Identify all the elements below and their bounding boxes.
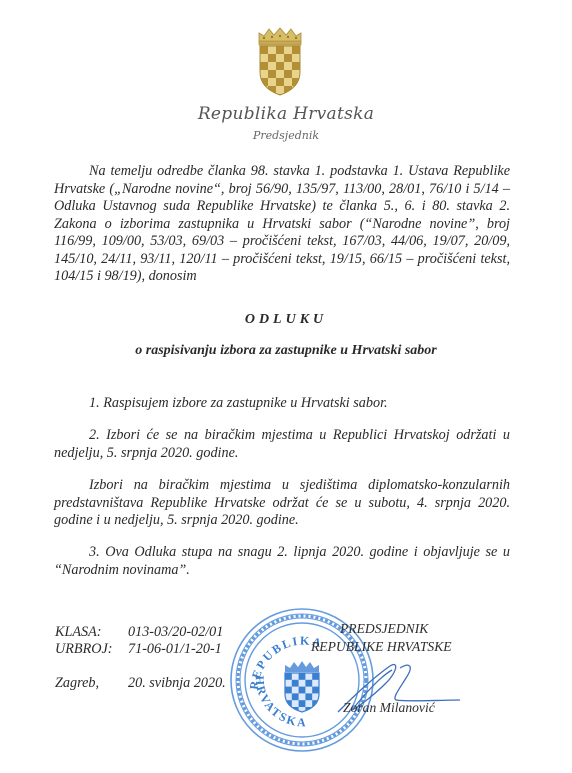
document-title: ODLUKU: [0, 312, 572, 328]
article-1-text: 1. Raspisujem izbore za zastupnike u Hrv…: [89, 395, 388, 411]
letterhead-subtitle: Predsjednik: [0, 129, 572, 142]
letterhead-title: Republika Hrvatska: [0, 104, 572, 124]
urbroj-value: 71-06-01/1-20-1: [128, 641, 222, 658]
urbroj-label: URBROJ:: [55, 641, 113, 658]
document-subtitle: o raspisivanju izbora za zastupnike u Hr…: [0, 343, 572, 359]
preamble-text: Na temelju odredbe članka 98. stavka 1. …: [54, 163, 510, 284]
signatory-name: Zoran Milanović: [343, 700, 435, 716]
date-value: 20. svibnja 2020.: [128, 675, 226, 692]
document-page: Republika Hrvatska Predsjednik Na temelj…: [0, 0, 572, 773]
signatory-title-line1: PREDSJEDNIK: [340, 621, 428, 637]
coat-of-arms-icon: [256, 26, 304, 96]
klasa-label: KLASA:: [55, 624, 102, 641]
article-3: 3. Ova Odluka stupa na snagu 2. lipnja 2…: [54, 544, 510, 579]
preamble-paragraph: Na temelju odredbe članka 98. stavka 1. …: [54, 163, 510, 286]
klasa-value: 013-03/20-02/01: [128, 624, 223, 641]
article-1: 1. Raspisujem izbore za zastupnike u Hrv…: [54, 395, 510, 413]
signatory-title-line2: REPUBLIKE HRVATSKE: [311, 639, 452, 655]
article-3-text: 3. Ova Odluka stupa na snagu 2. lipnja 2…: [54, 544, 510, 578]
article-2-continuation: Izbori na biračkim mjestima u sjedištima…: [54, 477, 510, 530]
article-2: 2. Izbori će se na biračkim mjestima u R…: [54, 427, 510, 462]
place-label: Zagreb,: [55, 675, 99, 692]
article-2b-text: Izbori na biračkim mjestima u sjedištima…: [54, 477, 510, 528]
article-2-text: 2. Izbori će se na biračkim mjestima u R…: [54, 427, 510, 461]
